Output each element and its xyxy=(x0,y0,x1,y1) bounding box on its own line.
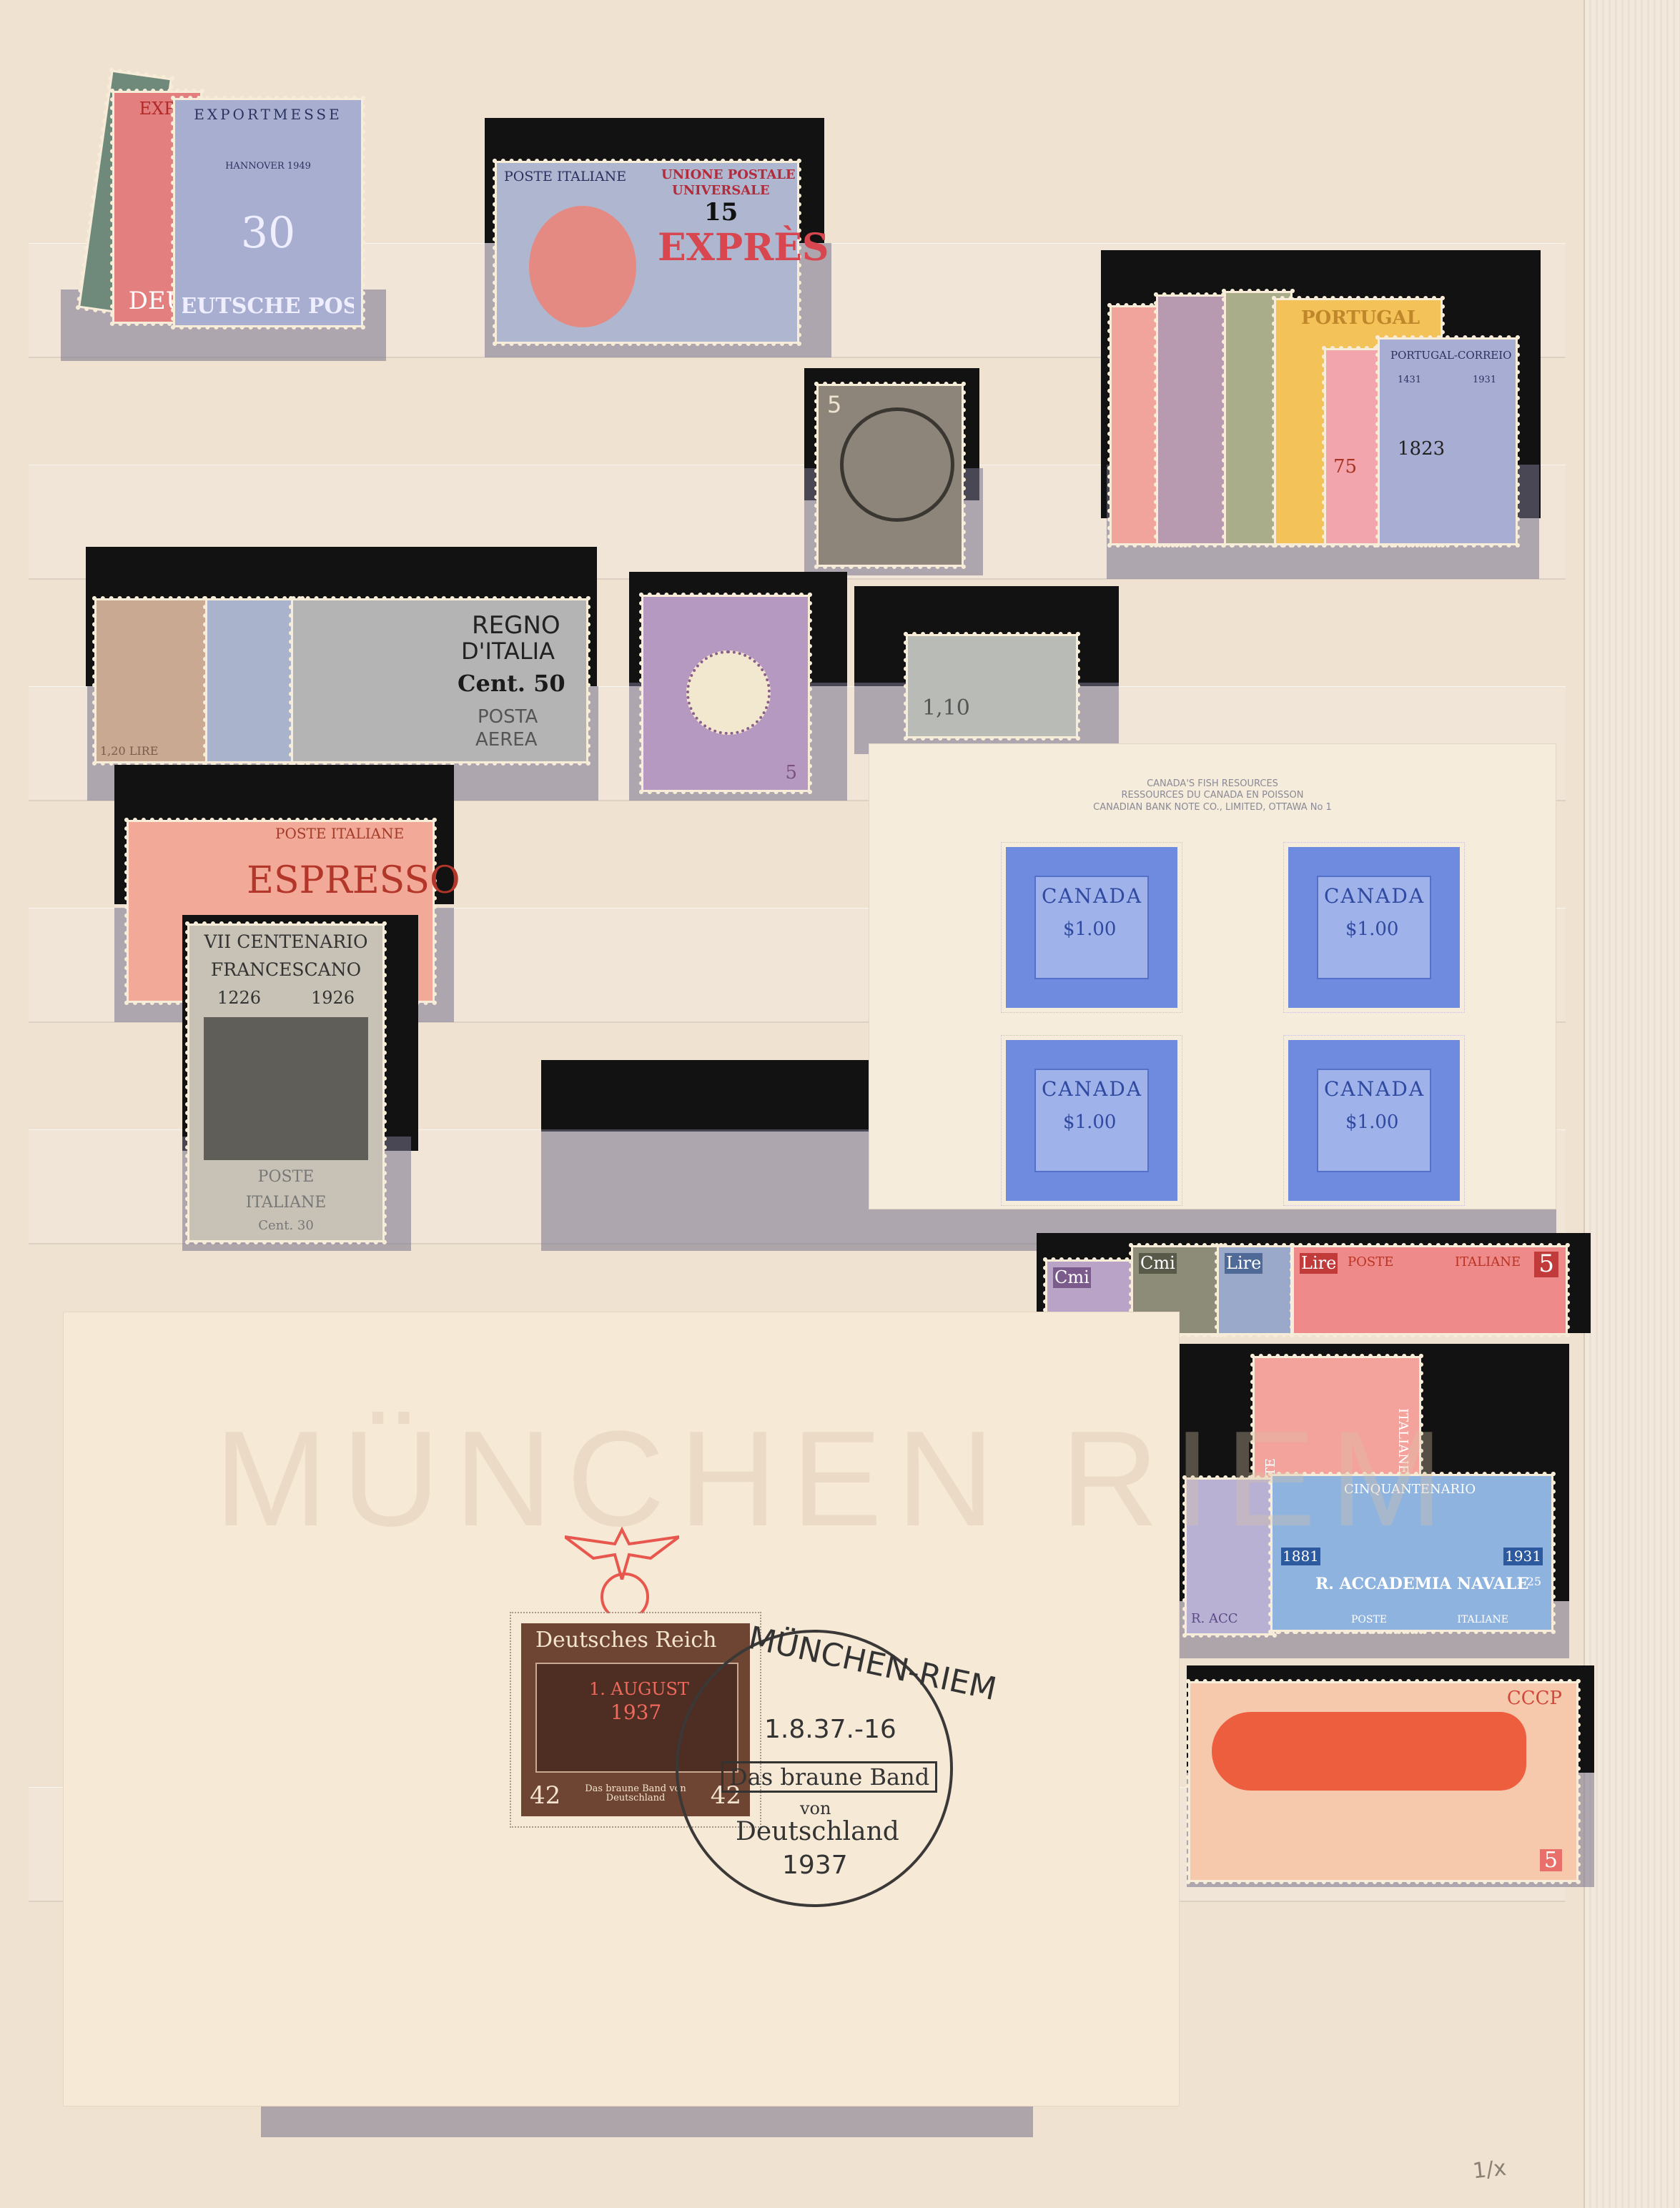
stamp-country: PORTUGAL xyxy=(1301,309,1420,328)
stamp-year: 1926 xyxy=(311,988,355,1008)
king-portrait xyxy=(529,206,636,327)
stamp-italy-posta-aerea[interactable]: REGNO D'ITALIA Cent. 50 POSTA AEREA xyxy=(293,600,586,761)
stamp-canada-3[interactable]: CANADA$1.00 xyxy=(1002,1036,1182,1205)
stamp-country: СССР xyxy=(1507,1689,1562,1708)
stamp-italy-eagle[interactable]: 1,10 xyxy=(908,636,1076,736)
stamp-value: 5 xyxy=(1540,1849,1562,1872)
stamp-italy-francescano[interactable]: VII CENTENARIO FRANCESCANO 12261926 POST… xyxy=(189,926,382,1240)
friar-illustration xyxy=(204,1017,368,1160)
stamp-side-text: HANNOVER 1949 xyxy=(225,162,311,172)
cancellation-mark xyxy=(840,407,954,522)
stamp-portugal-purple[interactable] xyxy=(1158,297,1230,543)
stamp-text: POSTE ITALIANE xyxy=(504,170,626,184)
stamp-text: REGNO xyxy=(472,613,560,639)
stamp-text: ITALIANE xyxy=(246,1194,327,1211)
canada-plate-block[interactable]: CANADA'S FISH RESOURCES RESSOURCES DU CA… xyxy=(869,743,1556,1209)
postmark: MÜNCHEN-RIEM 1.8.37.-16 Das braune Band … xyxy=(676,1630,953,1907)
stamp-text: POSTA xyxy=(478,708,538,727)
stamp-title: ESPRESSO xyxy=(247,861,460,901)
stamp-title: EXPORTMESSE xyxy=(194,107,342,122)
surcharge: 15 xyxy=(704,200,738,226)
eagle-emblem-icon xyxy=(565,1523,679,1580)
stamp-country: DEUTSCHE POST xyxy=(182,295,354,318)
stamp-country: PORTUGAL-CORREIO xyxy=(1390,350,1511,362)
overprint: 1937 xyxy=(611,1702,661,1723)
stamp-ussr-zeppelin[interactable]: СССР 5 xyxy=(1190,1683,1576,1880)
stamp-year: 1931 xyxy=(1473,375,1496,385)
stamp-text: VII CENTENARIO xyxy=(204,933,367,951)
album-spine xyxy=(1583,0,1680,2208)
stamp-title: Deutsches Reich xyxy=(535,1629,716,1652)
stamp-text: POSTE xyxy=(258,1169,315,1185)
stamp-value: 75 xyxy=(1333,457,1357,477)
stamp-year: 1431 xyxy=(1398,375,1421,385)
stamp-year: 1226 xyxy=(217,988,261,1008)
stamp-value: 1,10 xyxy=(922,697,970,720)
stamp-italy-blue[interactable] xyxy=(207,600,300,761)
pencil-annotation: 1/x xyxy=(1471,2156,1507,2184)
sheet-watermark-text: MÜNCHEN RIEM xyxy=(214,1401,1458,1557)
overprint: 1823 xyxy=(1398,440,1445,459)
stamp-text: AEREA xyxy=(475,731,538,750)
stamp-value: 1,20 LIRE xyxy=(100,746,158,758)
zeppelin-illustration xyxy=(1212,1712,1526,1791)
stamp-canada-1[interactable]: CANADA$1.00 xyxy=(1002,843,1182,1012)
stamp-value: 5 xyxy=(827,393,841,417)
stamp-value: 5 xyxy=(785,763,797,783)
stamp-text: POSTE ITALIANE xyxy=(275,826,404,841)
stamp-text: EXP xyxy=(139,100,176,118)
stamp-exportmesse-30[interactable]: EXPORTMESSE HANNOVER 1949 30 DEUTSCHE PO… xyxy=(175,100,361,325)
stamp-italy-brown[interactable]: 1,20 LIRE xyxy=(97,600,211,761)
stamp-canada-2[interactable]: CANADA$1.00 xyxy=(1284,843,1464,1012)
chrysanthemum-emblem xyxy=(686,650,771,735)
stamp-value: Cent. 30 xyxy=(258,1219,314,1233)
stamp-japan-chrysanthemum[interactable]: 5 xyxy=(643,597,808,790)
stamp-canada-4[interactable]: CANADA$1.00 xyxy=(1284,1036,1464,1205)
overprint: 1. AUGUST xyxy=(589,1680,689,1698)
stamp-value: 30 xyxy=(241,211,295,256)
stamp-text: UNIONE POSTALE xyxy=(661,169,796,182)
stamp-value: 42 xyxy=(530,1783,560,1809)
stamp-portugal-correio[interactable]: PORTUGAL-CORREIO 1431 1931 1823 xyxy=(1380,340,1516,543)
stamp-italy-lire-blue[interactable]: Lire xyxy=(1219,1247,1290,1333)
plate-inscription: CANADA'S FISH RESOURCES RESSOURCES DU CA… xyxy=(869,778,1556,813)
stamp-italy-expres[interactable]: POSTE ITALIANE UNIONE POSTALE UNIVERSALE… xyxy=(497,163,797,342)
stamp-banner: Das braune Band von Deutschland xyxy=(582,1784,689,1803)
stamp-text: UNIVERSALE xyxy=(672,184,770,198)
overprint: Cent. 50 xyxy=(458,672,565,696)
stamp-text: FRANCESCANO xyxy=(211,961,361,979)
stamp-japan-5[interactable]: 5 xyxy=(819,386,962,565)
stamp-title: EXPRÈS xyxy=(658,229,829,268)
stamp-italy-lire-5[interactable]: Lire POSTE ITALIANE 5 xyxy=(1294,1247,1566,1333)
stamp-text: D'ITALIA xyxy=(461,640,555,664)
